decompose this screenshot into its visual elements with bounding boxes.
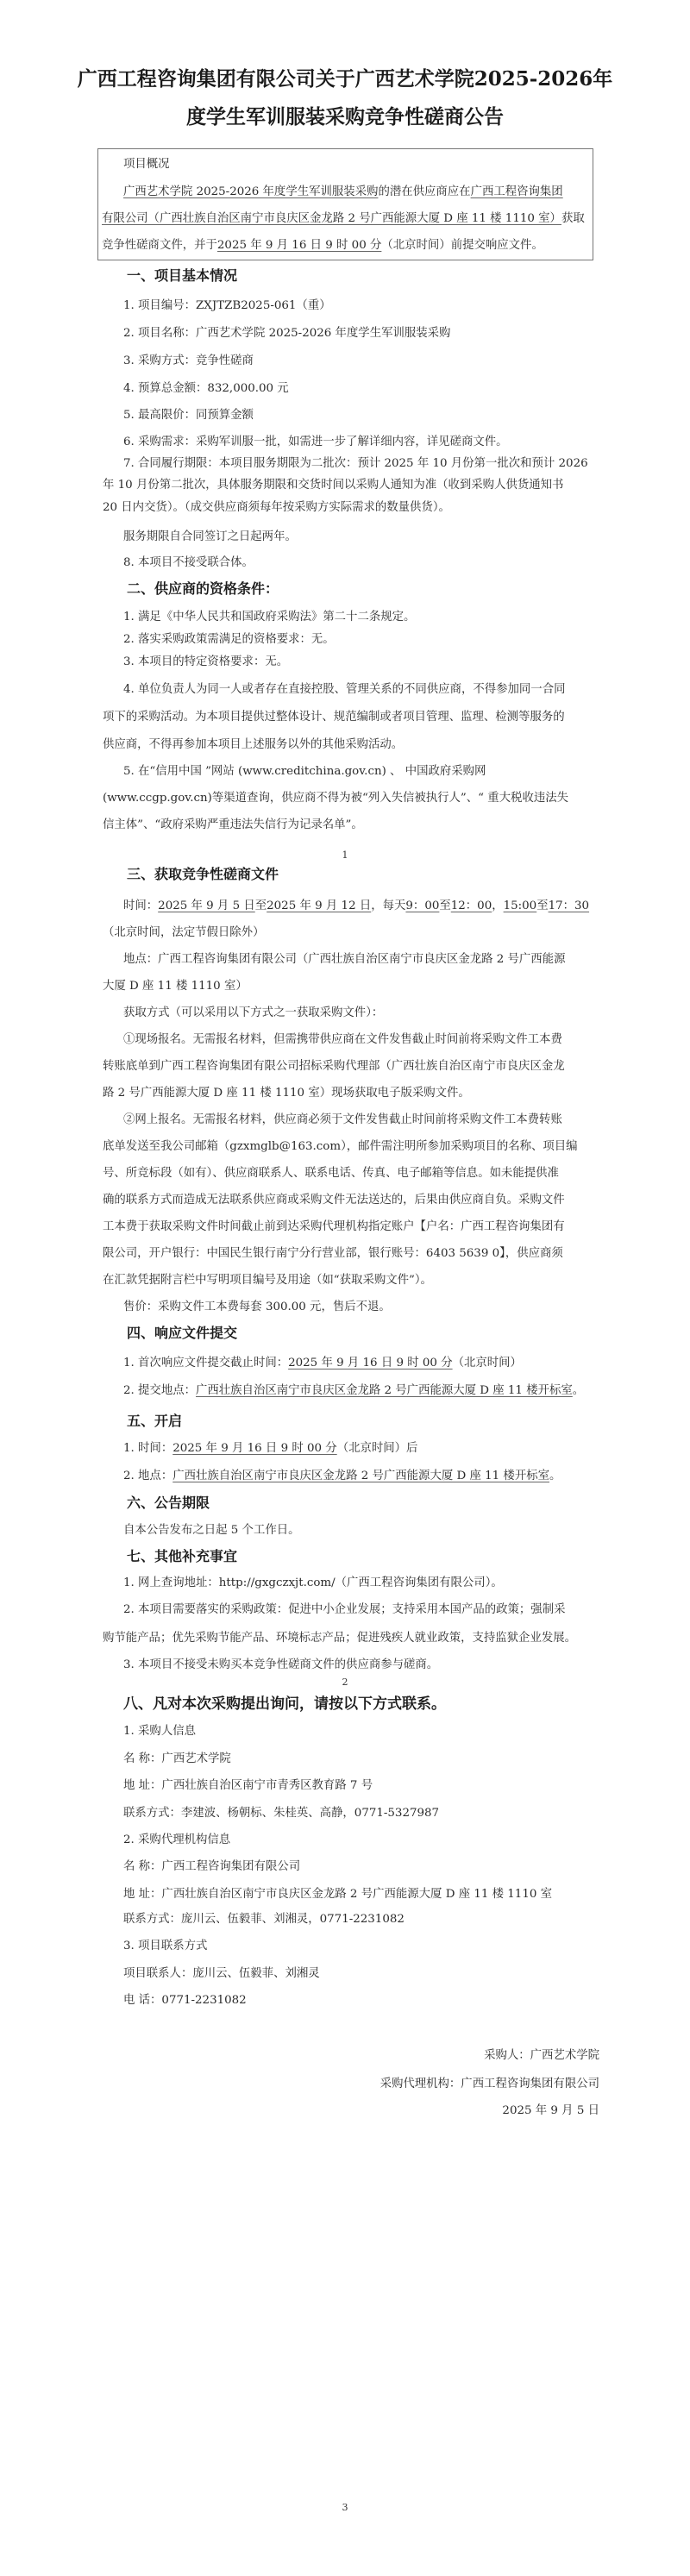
s8-item: 地 址：广西壮族自治区南宁市良庆区金龙路 2 号广西能源大厦 D 座 11 楼 … <box>123 1889 552 1900</box>
text: 至 <box>255 899 267 912</box>
overview-text: 竞争性磋商文件，并于 <box>102 239 217 252</box>
label: 1. 时间： <box>123 1442 172 1455</box>
signature-purchaser: 采购人：广西艺术学院 <box>484 2050 599 2061</box>
s4-deadline: 1. 首次响应文件提交截止时间：2025 年 9 月 16 日 9 时 00 分… <box>123 1357 522 1369</box>
section-2-heading: 二、供应商的资格条件： <box>127 582 279 596</box>
s7-item: 2. 本项目需要落实的采购政策：促进中小企业发展；支持采用本国产品的政策；强制采 <box>123 1604 565 1615</box>
text: 至 <box>536 899 548 912</box>
s1-item: 1. 项目编号：ZXJTZB2025-061（重） <box>123 300 331 311</box>
time-value: 17：30 <box>549 899 589 912</box>
overview-line-2: 有限公司（广西壮族自治区南宁市良庆区金龙路 2 号广西能源大厦 D 座 11 楼… <box>102 213 585 224</box>
time-value: 2025 年 9 月 16 日 9 时 00 分 <box>172 1442 336 1455</box>
overview-line-1: 广西艺术学院 2025-2026 年度学生军训服装采购的潜在供应商应在广西工程咨… <box>123 186 563 197</box>
s1-item: 2. 项目名称：广西艺术学院 2025-2026 年度学生军训服装采购 <box>123 328 450 339</box>
s8-item: 地 址：广西壮族自治区南宁市青秀区教育路 7 号 <box>123 1780 373 1791</box>
time-value: 12：00 <box>451 899 492 912</box>
text: ，每天 <box>371 899 405 912</box>
s3-onsite: 路 2 号广西能源大厦 D 座 11 楼 1110 室）现场获取电子版采购文件。 <box>103 1087 470 1099</box>
text: 。 <box>549 1470 561 1482</box>
s8-item: 名 称：广西艺术学院 <box>123 1753 231 1764</box>
s1-item: 4. 预算总金额：832,000.00 元 <box>123 383 289 394</box>
s8-item: 联系方式：李建波、杨朝标、朱桂英、高静，0771-5327987 <box>123 1808 439 1819</box>
time-value: 15:00 <box>504 899 537 912</box>
section-7-heading: 七、其他补充事宜 <box>127 1550 237 1564</box>
s3-online: 号、所竞标段（如有）、供应商联系人、联系电话、传真、电子邮箱等信息。如未能提供准 <box>103 1168 559 1179</box>
page-number: 1 <box>341 850 349 860</box>
overview-label: 项目概况 <box>123 159 170 170</box>
announcement-document: 广西工程咨询集团有限公司关于广西艺术学院2025-2026年 度学生军训服装采购… <box>0 0 690 2576</box>
label: 1. 首次响应文件提交截止时间： <box>123 1357 288 1369</box>
signature-agency: 采购代理机构：广西工程咨询集团有限公司 <box>380 2078 599 2090</box>
s3-onsite: 转账底单到广西工程咨询集团有限公司招标采购代理部（广西壮族自治区南宁市良庆区金龙 <box>103 1061 565 1072</box>
s1-item: 20 日内交货）。（成交供应商须每年按采购方实际需求的数量供货）。 <box>103 502 450 513</box>
place-value: 广西壮族自治区南宁市良庆区金龙路 2 号广西能源大厦 D 座 11 楼开标室 <box>172 1470 549 1482</box>
overview-text: 获取 <box>561 212 585 225</box>
s3-place-2: 大厦 D 座 11 楼 1110 室） <box>103 981 248 992</box>
s1-item: 6. 采购需求：采购军训服一批，如需进一步了解详细内容，详见磋商文件。 <box>123 436 508 448</box>
signature-date: 2025 年 9 月 5 日 <box>502 2105 599 2116</box>
s7-item: 1. 网上查询地址：http://gxgczxjt.com/（广西工程咨询集团有… <box>123 1577 503 1589</box>
document-title-line-1: 广西工程咨询集团有限公司关于广西艺术学院2025-2026年 <box>52 69 638 89</box>
label: 时间： <box>123 899 158 912</box>
s2-item: 4. 单位负责人为同一人或者存在直接控股、管理关系的不同供应商，不得参加同一合同 <box>123 684 565 695</box>
s8-item: 3. 项目联系方式 <box>123 1940 207 1952</box>
section-5-heading: 五、开启 <box>127 1414 182 1428</box>
page-number: 3 <box>341 2503 349 2512</box>
section-4-heading: 四、响应文件提交 <box>127 1326 237 1340</box>
s3-price: 售价：采购文件工本费每套 300.00 元，售后不退。 <box>123 1301 391 1313</box>
s1-item: 8. 本项目不接受联合体。 <box>123 557 254 568</box>
section-6-heading: 六、公告期限 <box>127 1496 210 1510</box>
s1-item: 服务期限自合同签订之日起两年。 <box>123 531 297 542</box>
s8-item: 项目联系人：庞川云、伍毅菲、刘湘灵 <box>123 1968 320 1979</box>
overview-text: （北京时间）前提交响应文件。 <box>381 239 543 252</box>
s8-item: 2. 采购代理机构信息 <box>123 1834 230 1846</box>
text: （北京时间） <box>453 1357 522 1369</box>
s8-item: 1. 采购人信息 <box>123 1726 196 1737</box>
s8-item: 联系方式：庞川云、伍毅菲、刘湘灵，0771-2231082 <box>123 1914 405 1925</box>
overview-deadline: 2025 年 9 月 16 日 9 时 00 分 <box>217 239 381 252</box>
s2-item: 1. 满足《中华人民共和国政府采购法》第二十二条规定。 <box>123 611 415 623</box>
s7-item: 3. 本项目不接受未购买本竞争性磋商文件的供应商参与磋商。 <box>123 1659 438 1670</box>
overview-line-3: 竞争性磋商文件，并于2025 年 9 月 16 日 9 时 00 分（北京时间）… <box>102 240 543 251</box>
label: 2. 地点： <box>123 1470 172 1482</box>
s7-item: 购节能产品；优先采购节能产品、环境标志产品；促进残疾人就业政策，支持监狱企业发展… <box>103 1633 576 1644</box>
section-8-heading: 八、凡对本次采购提出询问，请按以下方式联系。 <box>123 1697 446 1712</box>
date-end: 2025 年 9 月 12 日 <box>267 899 371 912</box>
overview-project-name: 广西艺术学院 2025-2026 年度学生军训服装采购 <box>123 185 378 198</box>
s8-item: 名 称：广西工程咨询集团有限公司 <box>123 1861 300 1872</box>
s3-online: ②网上报名。无需报名材料，供应商必须于文件发售截止时间前将采购文件工本费转账 <box>123 1114 562 1125</box>
s5-time: 1. 时间：2025 年 9 月 16 日 9 时 00 分（北京时间）后 <box>123 1443 417 1454</box>
date-start: 2025 年 9 月 5 日 <box>158 899 255 912</box>
s1-item: 5. 最高限价：同预算金额 <box>123 410 254 421</box>
s2-item: 信主体”、“政府采购严重违法失信行为记录名单”。 <box>103 819 363 830</box>
time-value: 9：00 <box>405 899 439 912</box>
s3-online: 工本费于获取采购文件时间截止前到达采购代理机构指定账户【户名：广西工程咨询集团有 <box>103 1221 565 1232</box>
text: 。 <box>573 1384 584 1397</box>
s3-online: 底单发送至我公司邮箱（gzxmglb@163.com），邮件需注明所参加采购项目… <box>103 1141 578 1152</box>
s3-method-intro: 获取方式（可以采用以下方式之一获取采购文件）： <box>123 1007 383 1018</box>
page-number: 2 <box>341 1677 349 1687</box>
overview-agency-name: 广西工程咨询集团 <box>471 185 563 198</box>
s5-place: 2. 地点：广西壮族自治区南宁市良庆区金龙路 2 号广西能源大厦 D 座 11 … <box>123 1470 561 1482</box>
deadline-value: 2025 年 9 月 16 日 9 时 00 分 <box>288 1357 452 1369</box>
section-3-heading: 三、获取竞争性磋商文件 <box>127 868 279 881</box>
text: 至 <box>439 899 450 912</box>
s3-online: 确的联系方式而造成无法联系供应商或采购文件无法送达的，后果由供应商自负。采购文件 <box>103 1194 565 1206</box>
s1-item: 年 10 月份第二批次，具体服务期限和交货时间以采购人通知为准（收到采购人供货通… <box>103 479 563 491</box>
section-1-heading: 一、项目基本情况 <box>127 269 237 283</box>
s3-online: 限公司，开户银行：中国民生银行南宁分行营业部，银行账号：6403 5639 0】… <box>103 1248 563 1259</box>
place-value: 广西壮族自治区南宁市良庆区金龙路 2 号广西能源大厦 D 座 11 楼开标室 <box>196 1384 573 1397</box>
s3-onsite: ①现场报名。无需报名材料，但需携带供应商在文件发售截止时间前将采购文件工本费 <box>123 1034 562 1045</box>
label: 2. 提交地点： <box>123 1384 196 1397</box>
s2-item: 供应商，不得再参加本项目上述服务以外的其他采购活动。 <box>103 739 403 750</box>
s2-item: 5. 在“信用中国 ”网站 (www.creditchina.gov.cn) 、… <box>123 766 486 777</box>
s2-item: (www.ccgp.gov.cn)等渠道查询，供应商不得为被“列入失信被执行人”… <box>103 793 568 804</box>
s1-item: 7. 合同履行期限：本项目服务期限为二批次：预计 2025 年 10 月份第一批… <box>123 458 588 469</box>
s1-item: 3. 采购方式：竞争性磋商 <box>123 355 254 367</box>
s2-item: 2. 落实采购政策需满足的资格要求：无。 <box>123 634 335 645</box>
s3-online: 在汇款凭据附言栏中写明项目编号及用途（如“获取采购文件”）。 <box>103 1275 432 1286</box>
s3-time-line: 时间：2025 年 9 月 5 日至2025 年 9 月 12 日，每天9：00… <box>123 900 589 912</box>
s2-item: 3. 本项目的特定资格要求：无。 <box>123 656 288 668</box>
text: ， <box>492 899 503 912</box>
s6-text: 自本公告发布之日起 5 个工作日。 <box>123 1525 300 1536</box>
s4-place: 2. 提交地点：广西壮族自治区南宁市良庆区金龙路 2 号广西能源大厦 D 座 1… <box>123 1385 584 1396</box>
overview-text: 的潜在供应商应在 <box>378 185 470 198</box>
s3-place-1: 地点：广西工程咨询集团有限公司（广西壮族自治区南宁市良庆区金龙路 2 号广西能源 <box>123 954 565 965</box>
s3-time-note: （北京时间，法定节假日除外） <box>103 927 264 938</box>
overview-agency-address: 有限公司（广西壮族自治区南宁市良庆区金龙路 2 号广西能源大厦 D 座 11 楼… <box>102 212 561 225</box>
s2-item: 项下的采购活动。为本项目提供过整体设计、规范编制或者项目管理、监理、检测等服务的 <box>103 711 565 723</box>
s8-item: 电 话：0771-2231082 <box>123 1995 247 2006</box>
document-title-line-2: 度学生军训服装采购竞争性磋商公告 <box>52 107 638 127</box>
text: （北京时间）后 <box>337 1442 418 1455</box>
